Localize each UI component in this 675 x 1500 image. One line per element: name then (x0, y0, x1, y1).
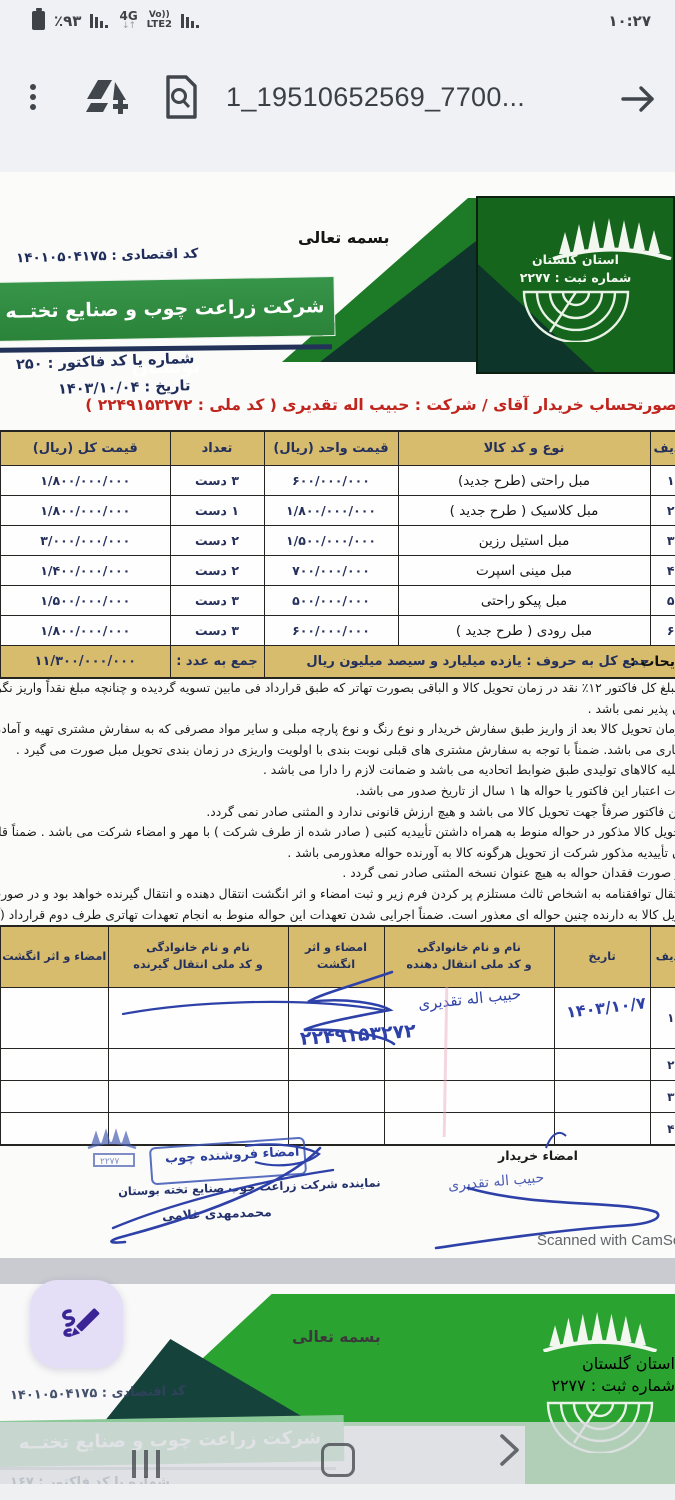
wood-rings-icon (520, 288, 632, 342)
col-item: نوع و کد کالا (398, 431, 650, 466)
note-line: حویل کالا مذکور در حواله منوط به همراه د… (0, 822, 675, 843)
battery-icon (32, 11, 45, 30)
items-total-row: جمع کل به حروف : یازده میلیارد و سیصد می… (0, 646, 675, 679)
recents-button[interactable] (128, 1450, 164, 1482)
note-line: دت اعتبار این فاکتور یا حواله ها ۱ سال ا… (0, 781, 675, 802)
note-line: ن پذیر نمی باشد . (0, 699, 675, 720)
signal-bars-icon-2 (181, 11, 201, 31)
overflow-menu-button[interactable] (30, 80, 36, 114)
note-line: کاری می باشد. ضمناً با توجه به سفارش مشت… (0, 740, 675, 761)
notes-heading: یحات : (630, 654, 675, 670)
col-row: ردیف (650, 431, 675, 466)
item-row: ۶مبل رودی ( طرح جدید )۶۰۰/۰۰۰/۰۰۰۳ دست۱/… (0, 616, 675, 646)
transfer-row: ۳ (0, 1081, 675, 1113)
note-line: ن تأییدیه مذکور شرکت از تحویل هرگونه کال… (0, 843, 675, 864)
signature-long-stroke (118, 994, 388, 1020)
logo-province: استان گلستان (525, 1354, 675, 1373)
find-in-document-button[interactable] (162, 74, 200, 120)
viewer-toolbar: 1_19510652569_7700... (0, 58, 675, 150)
company-logo: استان گلستان شماره ثبت : ۲۲۷۷ (476, 196, 675, 374)
total-in-words: جمع کل به حروف : یازده میلیارد و سیصد می… (264, 646, 675, 679)
col-unit-price: قیمت واحد (ریال) (264, 431, 398, 466)
note-line: مبلغ کل فاکتور ۱۲٪ نقد در زمان تحویل کال… (0, 678, 675, 699)
col-receiver: نام و نام خانوادگی و کد ملی انتقال گیرند… (108, 926, 288, 988)
item-row: ۵مبل پیکو راحتی۵۰۰/۰۰۰/۰۰۰۳ دست۱/۵۰۰/۰۰۰… (0, 586, 675, 616)
logo-registration: شماره ثبت : ۲۲۷۷ (478, 270, 673, 285)
forward-arrow-button[interactable] (620, 84, 658, 114)
col-total-price: قیمت کل (ریال) (0, 431, 170, 466)
item-row: ۱مبل راحتی (طرح جدید)۶۰۰/۰۰۰/۰۰۰۳ دست۱/۸… (0, 466, 675, 496)
signal-bars-icon-1 (90, 11, 110, 31)
total-value: ۱۱/۳۰۰/۰۰۰/۰۰۰ (0, 646, 170, 679)
camscanner-watermark: Scanned with CamSc (537, 1232, 675, 1249)
buyer-signature-label: امضاء خریدار (498, 1148, 578, 1163)
items-table: ردیف نوع و کد کالا قیمت واحد (ریال) تعدا… (0, 430, 675, 679)
notes-block: مبلغ کل فاکتور ۱۲٪ نقد در زمان تحویل کال… (0, 678, 675, 925)
item-row: ۲مبل کلاسیک ( طرح جدید )۱/۸۰۰/۰۰۰/۰۰۰۱ د… (0, 496, 675, 526)
trees-icon (541, 1308, 659, 1352)
besmellah-text: بسمه تعالی (298, 228, 390, 247)
network-4g-indicator: 4G ↓↑ (119, 10, 137, 31)
note-line: نتقال توافقنامه به اشخاص ثالث مستلزم پر … (0, 884, 675, 905)
note-line: زمان تحویل کالا بعد از واریز طبق سفارش خ… (0, 719, 675, 740)
buyer-pen-stroke (540, 1128, 570, 1150)
col-row: ردیف (650, 926, 675, 988)
document-page-1[interactable]: استان گلستان شماره ثبت : ۲۲۷۷ بسمه تعالی… (0, 172, 675, 1258)
item-row: ۳مبل استیل رزین۱/۵۰۰/۰۰۰/۰۰۰۲ دست۳/۰۰۰/۰… (0, 526, 675, 556)
note-line: ویل کالا به دارنده چنین حواله ای معذور ا… (0, 905, 675, 926)
volte-indicator: Vo)) LTE2 (147, 11, 172, 30)
sign-fab[interactable] (30, 1280, 123, 1368)
file-title: 1_19510652569_7700... (226, 82, 525, 113)
status-bar: ٪۹۳ 4G ↓↑ Vo)) LTE2 ۱۰:۲۷ (0, 0, 675, 48)
buyer-title-line: صورتحساب خریدار آقای / شرکت : حبیب اله ت… (85, 396, 675, 414)
note-line: کلیه کالاهای تولیدی طبق ضوابط اتحادیه می… (0, 760, 675, 781)
total-label: جمع به عدد : (170, 646, 264, 679)
col-qty: تعداد (170, 431, 264, 466)
col-date: تاریخ (554, 926, 650, 988)
note-line: ین فاکتور صرفاً جهت تحویل کالا می باشد و… (0, 802, 675, 823)
company-name-banner: شرکت زراعت چوب و صنایع تختــه بوستان (0, 277, 334, 341)
add-to-drive-button[interactable] (82, 76, 130, 120)
besmellah-text-2: بسمه تعالی (292, 1328, 381, 1346)
col-receiver-sign: امضاء و اثر انگشت (0, 926, 108, 988)
item-row: ۴مبل مینی اسپرت۷۰۰/۰۰۰/۰۰۰۲ دست۱/۴۰۰/۰۰۰… (0, 556, 675, 586)
bottom-strip (0, 1484, 675, 1500)
items-header-row: ردیف نوع و کد کالا قیمت واحد (ریال) تعدا… (0, 431, 675, 466)
battery-percent: ٪۹۳ (54, 12, 81, 30)
clock: ۱۰:۲۷ (608, 12, 651, 30)
logo-registration: شماره ثبت : ۲۲۷۷ (525, 1376, 675, 1395)
signature-pen-icon (54, 1301, 100, 1347)
note-line: ر صورت فقدان حواله به هیچ عنوان نسخه الم… (0, 863, 675, 884)
back-button[interactable] (496, 1432, 522, 1468)
logo-province: استان گلستان (478, 252, 673, 267)
seller-signature-swoosh (95, 1140, 355, 1252)
phone-screen: { "status_bar": { "battery_percent": "٪۹… (0, 0, 675, 1500)
home-button[interactable] (321, 1443, 355, 1477)
